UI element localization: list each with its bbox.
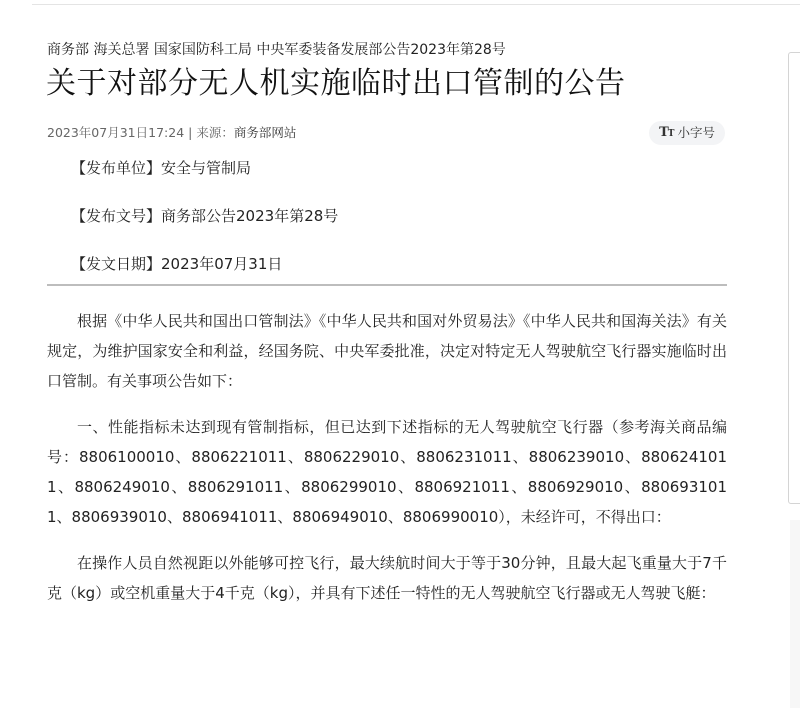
article-subtitle: 商务部 海关总署 国家国防科工局 中央军委装备发展部公告2023年第28号	[47, 40, 727, 60]
info-issue-date: 【发文日期】2023年07月31日	[71, 253, 727, 275]
info-value: 安全与管制局	[161, 159, 251, 177]
meta-separator: |	[184, 125, 196, 140]
font-size-icon: TT	[659, 121, 673, 146]
paragraph-intro: 根据《中华人民共和国出口管制法》《中华人民共和国对外贸易法》《中华人民共和国海关…	[47, 306, 727, 396]
info-label: 【发布单位】	[71, 159, 161, 177]
info-value: 商务部公告2023年第28号	[161, 207, 338, 225]
info-value: 2023年07月31日	[161, 255, 282, 273]
article-meta-row: 2023年07月31日17:24 | 来源：商务部网站 TT 小字号	[47, 121, 727, 145]
article-meta: 2023年07月31日17:24 | 来源：商务部网站	[47, 125, 296, 140]
source-value: 商务部网站	[234, 125, 297, 140]
info-document-number: 【发布文号】商务部公告2023年第28号	[71, 205, 727, 227]
info-publisher: 【发布单位】安全与管制局	[71, 157, 727, 179]
article-info: 【发布单位】安全与管制局 【发布文号】商务部公告2023年第28号 【发文日期】…	[47, 157, 727, 275]
font-size-toggle-button[interactable]: TT 小字号	[649, 121, 725, 145]
font-size-toggle-label: 小字号	[677, 121, 715, 145]
source-label: 来源：	[196, 125, 234, 140]
top-divider	[32, 4, 800, 5]
info-label: 【发布文号】	[71, 207, 161, 225]
publish-datetime: 2023年07月31日17:24	[47, 125, 184, 140]
info-label: 【发文日期】	[71, 255, 161, 273]
article-title: 关于对部分无人机实施临时出口管制的公告	[46, 64, 727, 104]
article-body: 根据《中华人民共和国出口管制法》《中华人民共和国对外贸易法》《中华人民共和国海关…	[47, 306, 727, 608]
article: 商务部 海关总署 国家国防科工局 中央军委装备发展部公告2023年第28号 关于…	[47, 40, 727, 624]
paragraph-item-1: 一、性能指标未达到现有管制指标，但已达到下述指标的无人驾驶航空飞行器（参考海关商…	[47, 412, 727, 532]
content-divider	[47, 284, 727, 286]
side-panel-lower	[790, 520, 800, 708]
paragraph-criteria: 在操作人员自然视距以外能够可控飞行，最大续航时间大于等于30分钟，且最大起飞重量…	[47, 548, 727, 608]
side-panel	[788, 52, 800, 504]
